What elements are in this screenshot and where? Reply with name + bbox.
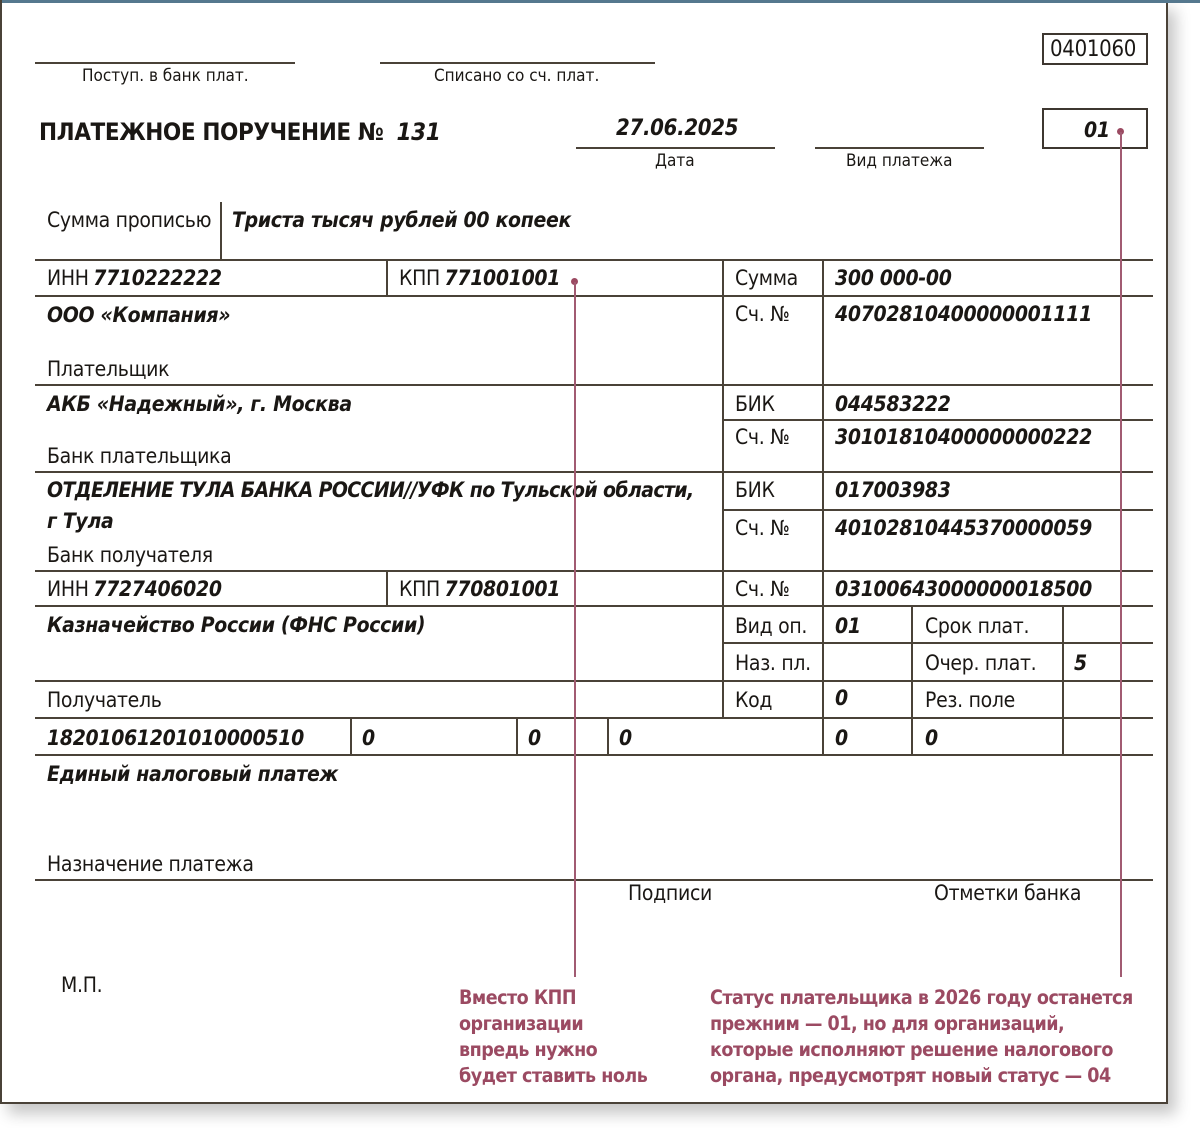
payment-type-label: Вид платежа (846, 153, 952, 170)
payer-status-box: 01 (1042, 108, 1148, 149)
payer-inn: ИНН 7710222222 (47, 268, 222, 289)
row-line (35, 570, 1153, 572)
payer-label: Плательщик (47, 359, 169, 380)
tax-field-oktmo: 0 (362, 728, 375, 749)
payer-amount-value: 300 000-00 (835, 268, 952, 289)
bank-marks-label: Отметки банка (934, 883, 1081, 904)
payer-inn-value: 7710222222 (93, 266, 221, 290)
payee-bank-account: 40102810445370000059 (835, 518, 1092, 539)
payee-account: 03100643000000018500 (835, 579, 1092, 600)
date-line (576, 147, 775, 149)
payee-bank-label: Банк получателя (47, 545, 213, 566)
payee-kpp-label: КПП (399, 577, 440, 601)
payee-label: Получатель (47, 690, 162, 711)
row-line (35, 754, 1153, 756)
payer-account-label: Сч. № (735, 304, 790, 325)
amount-words-label: Сумма прописью (47, 210, 211, 231)
reserve-label: Рез. поле (925, 690, 1015, 711)
payer-bank-name: АКБ «Надежный», г. Москва (47, 394, 352, 415)
payer-amount-label: Сумма (735, 268, 798, 289)
amount-words-divider (220, 202, 222, 260)
kpp-note-line: будет ставить ноль (459, 1063, 647, 1089)
kpp-annotation: Вместо КПП организации впредь нужно буде… (459, 985, 647, 1089)
payee-inn-label: ИНН (47, 577, 89, 601)
form-code-box: 0401060 (1042, 33, 1148, 65)
col-line (822, 259, 824, 755)
received-line (35, 62, 295, 64)
amount-words-value: Триста тысяч рублей 00 копеек (232, 210, 571, 231)
payee-bank-name-line2: г Тула (47, 511, 113, 532)
row-line (35, 471, 1153, 473)
payment-type-line (815, 147, 984, 149)
payee-name: Казначейство России (ФНС России) (47, 615, 425, 636)
row-line (35, 384, 1153, 386)
code-value: 0 (835, 688, 848, 709)
payer-name: ООО «Компания» (47, 305, 230, 326)
col-line (350, 717, 352, 755)
kpp-note-line: организации (459, 1011, 647, 1037)
payer-kpp-label: КПП (399, 266, 440, 290)
payee-account-label: Сч. № (735, 579, 790, 600)
row-line (723, 642, 1153, 644)
priority-value: 5 (1074, 653, 1087, 674)
stamp-label: М.П. (61, 975, 102, 996)
top-strip (2, 0, 1200, 3)
tax-field-basis: 0 (528, 728, 541, 749)
payer-bank-bik-label: БИК (735, 394, 775, 415)
signatures-label: Подписи (628, 883, 712, 904)
payer-kpp: КПП 771001001 (399, 268, 560, 289)
payer-bank-account-label: Сч. № (735, 427, 790, 448)
payee-kpp: КПП 770801001 (399, 579, 560, 600)
payee-bank-account-label: Сч. № (735, 518, 790, 539)
status-leader-line (1120, 132, 1122, 977)
payee-bank-bik-label: БИК (735, 480, 775, 501)
payer-bank-bik: 044583222 (835, 394, 951, 415)
col-line (911, 605, 913, 755)
col-line (722, 259, 724, 718)
debited-label: Списано со сч. плат. (434, 68, 599, 85)
order-number: 131 (397, 118, 441, 146)
received-label: Поступ. в банк плат. (82, 68, 249, 85)
payee-inn: ИНН 7727406020 (47, 579, 222, 600)
code-label: Код (735, 690, 772, 711)
status-note-line: которые исполняют решение налогового (710, 1037, 1133, 1063)
payer-bank-account: 30101810400000000222 (835, 427, 1092, 448)
date-value: 27.06.2025 (616, 118, 738, 140)
row-line (723, 509, 1153, 511)
purpose-value: Единый налоговый платеж (47, 764, 338, 785)
due-label: Срок плат. (925, 616, 1029, 637)
status-note-line: органа, предусмотрят новый статус — 04 (710, 1063, 1133, 1089)
status-note-line: Статус плательщика в 2026 году останется (710, 985, 1133, 1011)
op-type-value: 01 (835, 616, 861, 637)
col-line (1062, 605, 1064, 755)
payment-order-page: 0401060 Поступ. в банк плат. Списано со … (0, 0, 1168, 1104)
row-line (723, 419, 1153, 421)
row-line (35, 295, 1153, 297)
tax-field-doc-number: 0 (835, 728, 848, 749)
title-text: ПЛАТЕЖНОЕ ПОРУЧЕНИЕ № (39, 118, 383, 146)
payee-inn-value: 7727406020 (93, 577, 221, 601)
tax-field-doc-date: 0 (925, 728, 938, 749)
kpp-leader-line (574, 282, 576, 977)
col-line (607, 717, 609, 755)
col-line (516, 717, 518, 755)
payee-kpp-value: 770801001 (445, 577, 561, 601)
row-line (35, 605, 1153, 607)
date-label: Дата (655, 153, 695, 170)
purpose-code-label: Наз. пл. (735, 653, 811, 674)
payer-bank-label: Банк плательщика (47, 446, 231, 467)
debited-line (380, 62, 655, 64)
payer-inn-label: ИНН (47, 266, 89, 290)
op-type-label: Вид оп. (735, 616, 807, 637)
payee-bank-name-line1: ОТДЕЛЕНИЕ ТУЛА БАНКА РОССИИ//УФК по Туль… (47, 480, 694, 501)
tax-field-kbk: 18201061201010000510 (47, 728, 304, 749)
form-code: 0401060 (1050, 39, 1136, 61)
row-line (35, 717, 1153, 719)
payer-account-value: 40702810400000001111 (835, 304, 1092, 325)
payer-status: 01 (1084, 120, 1110, 141)
tax-field-period: 0 (619, 728, 632, 749)
payer-kpp-value: 771001001 (445, 266, 561, 290)
kpp-note-line: Вместо КПП (459, 985, 647, 1011)
col-line (386, 570, 388, 606)
row-line (35, 680, 1153, 682)
row-line (35, 259, 1153, 261)
purpose-label: Назначение платежа (47, 854, 254, 875)
kpp-note-line: впредь нужно (459, 1037, 647, 1063)
payee-bank-bik: 017003983 (835, 480, 951, 501)
status-note-line: прежним — 01, но для организаций, (710, 1011, 1133, 1037)
page-title: ПЛАТЕЖНОЕ ПОРУЧЕНИЕ № 131 (39, 120, 440, 144)
priority-label: Очер. плат. (925, 653, 1036, 674)
status-annotation: Статус плательщика в 2026 году останется… (710, 985, 1133, 1089)
col-line (386, 259, 388, 296)
